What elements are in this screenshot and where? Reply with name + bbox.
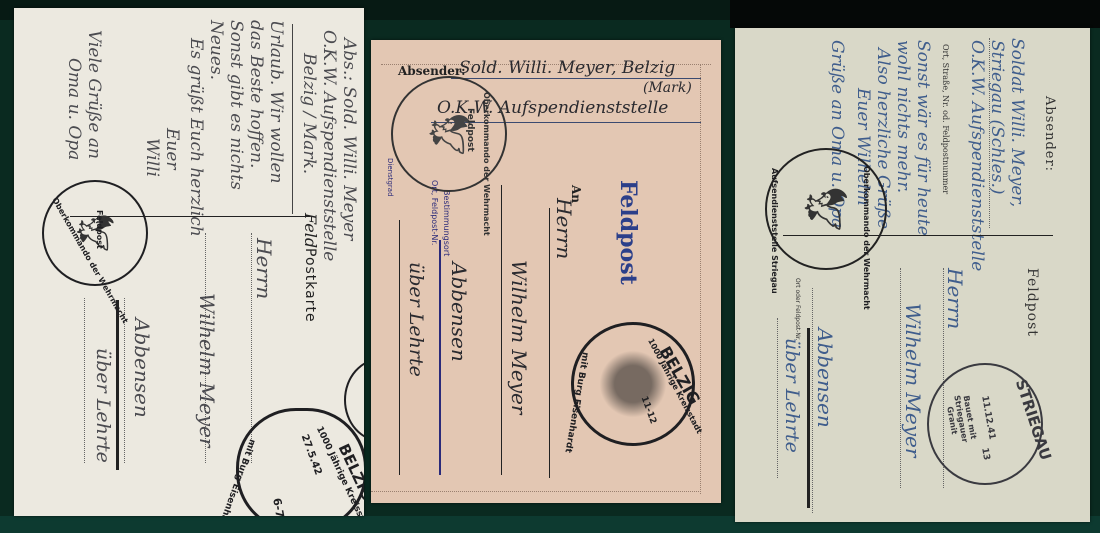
sender-line: Striegau (Schles.)	[987, 40, 1007, 194]
address-rule	[399, 220, 400, 475]
address-line: Herrn	[252, 238, 276, 299]
postcard-left: Abs.: Sold. Willi. Meyer O.K.W. Aufspend…	[14, 8, 364, 516]
printed-sender-label: Absender:	[1042, 96, 1057, 172]
stamp-ring-text: Oberkommando der Wehrmacht	[482, 92, 491, 236]
message-line: Oma u. Opa	[64, 58, 84, 160]
postmark-time: 6-7	[270, 497, 286, 516]
postmark-belzig: BELZIG 1000 Jährige Kreisstadt 11-12 mit…	[571, 322, 695, 446]
postmark-ring-text: mit Burg Eisenhardt	[213, 438, 257, 516]
stamp-center-text: Feldpost	[95, 210, 104, 249]
postcard-middle: Absender: Sold. Willi. Meyer, Belzig (Ma…	[371, 40, 721, 503]
sender-line: O.K.W. Aufspendienststelle	[967, 40, 987, 271]
postmark-town: STRIEGAU	[1012, 377, 1055, 463]
address-line: Wilhelm Meyer	[507, 260, 531, 414]
message-line: wohl nichts mehr.	[893, 40, 913, 193]
address-rule	[777, 318, 778, 478]
sender-rule	[451, 78, 701, 79]
postcard-right: Absender: Soldat Willi. Meyer, Striegau …	[735, 28, 1090, 522]
address-line: Abbensen	[447, 262, 471, 362]
address-line: über Lehrte	[781, 338, 803, 453]
address-rule	[501, 185, 502, 475]
message-line: Urlaub. Wir wollen	[266, 20, 286, 183]
address-underline	[439, 240, 441, 475]
message-line: Willi	[142, 138, 162, 177]
address-line: über Lehrte	[405, 262, 427, 377]
address-line: Wilhelm Meyer	[901, 303, 925, 457]
address-line: Abbensen	[813, 328, 837, 428]
stamp-center-text: Feldpost	[465, 108, 475, 152]
printed-sender-hint: Ort, Straße, Nr. od. Feldpostnummer	[941, 44, 950, 194]
postmark-slogan: Bauet mit Striegauer Granit	[942, 387, 979, 451]
address-line: über Lehrte	[92, 348, 114, 463]
address-line: Wilhelm Meyer	[195, 293, 219, 447]
message-line: Euer	[162, 128, 182, 170]
message-line: Es grüßt Euch herzlich	[186, 38, 206, 237]
perforation-bottom	[371, 491, 701, 492]
address-line: Herrn	[552, 198, 576, 259]
message-line: Sonst wär es für heute	[913, 40, 933, 236]
sender-line: Abs.: Sold. Willi. Meyer	[339, 38, 359, 240]
message-line: Sonst gibt es nichts	[226, 20, 246, 190]
postmark-time: 13	[979, 447, 991, 461]
sender-line: Belzig / Mark.	[299, 53, 319, 174]
address-rule	[549, 208, 550, 478]
sender-rule	[989, 38, 990, 228]
sender-line: Soldat Willi. Meyer,	[1007, 38, 1027, 207]
feldpost-header: Feldpost	[1024, 268, 1040, 337]
unit-stamp: 🦅︎ Oberkommando der Wehrmacht Feldpost	[391, 76, 507, 192]
printed-postkarte-label: Postkarte	[302, 248, 318, 323]
background-top-right	[730, 0, 1100, 28]
message-line: Neues.	[206, 20, 226, 80]
eagle-emblem-icon: 🦅︎	[801, 182, 851, 235]
printed-side-label: Ort oder Feldpost-Nr.	[794, 278, 801, 341]
printed-prefix: Feld	[301, 213, 320, 248]
stamp-ring-text: Aufsendienststelle Striegau	[770, 168, 779, 294]
address-underline	[116, 300, 119, 470]
postmark-striegau: STRIEGAU 11.12.41 13 Bauet mit Striegaue…	[927, 363, 1043, 485]
sender-line: Sold. Willi. Meyer, Belzig	[459, 58, 675, 78]
feldpost-header: Feldpost	[615, 180, 641, 285]
sender-divider	[292, 24, 293, 214]
stamp-ring-text: Oberkommando der Wehrmacht	[862, 166, 871, 310]
printed-side-label: Dienstgrad	[386, 158, 394, 197]
printed-side-label: Bestimmungsort	[442, 190, 451, 256]
message-line: das Beste hoffen.	[246, 20, 266, 168]
address-underline	[807, 328, 810, 508]
sender-line: (Mark)	[643, 80, 692, 96]
sender-line: O.K.W. Aufspendienststelle	[319, 30, 339, 261]
address-line: Herrn	[943, 268, 967, 329]
address-rule	[84, 298, 85, 463]
unit-stamp: 🦅︎ Oberkommando der Wehrmacht Aufsendien…	[765, 148, 887, 270]
postmark-date: 11.12.41	[979, 395, 997, 440]
postmark-belzig: BELZIG 1000 Jährige Kreisstadt 27.5.42 6…	[236, 408, 364, 516]
address-line: Abbensen	[130, 318, 154, 418]
unit-stamp: 🦅︎ Oberkommando der Wehrmacht Feldpost	[42, 180, 148, 286]
message-line: Viele Grüße an	[84, 30, 104, 159]
